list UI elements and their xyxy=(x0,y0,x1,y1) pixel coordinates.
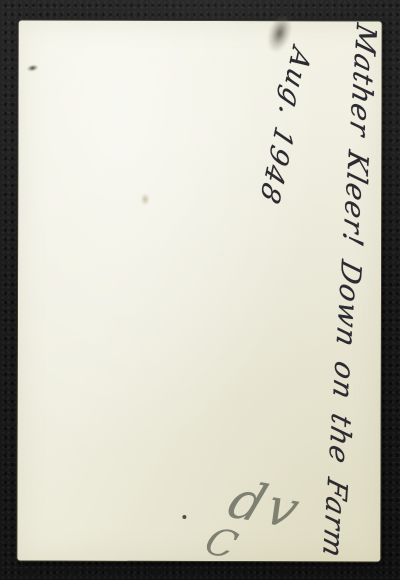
small-dot-stain-bottom xyxy=(182,515,186,519)
dark-fleck-stain-left xyxy=(26,63,39,72)
handwritten-inscription-line-2: Aug. 1948 xyxy=(253,42,315,209)
scan-mat-background: Mather Kleer! Down on the Farm Aug. 1948… xyxy=(0,0,400,580)
faint-stain-center xyxy=(140,193,150,206)
photo-back-card: Mather Kleer! Down on the Farm Aug. 1948… xyxy=(17,21,381,562)
pencil-mark-scribble: dv xyxy=(221,471,312,541)
handwritten-inscription-line-1: Mather Kleer! Down on the Farm xyxy=(316,20,382,562)
